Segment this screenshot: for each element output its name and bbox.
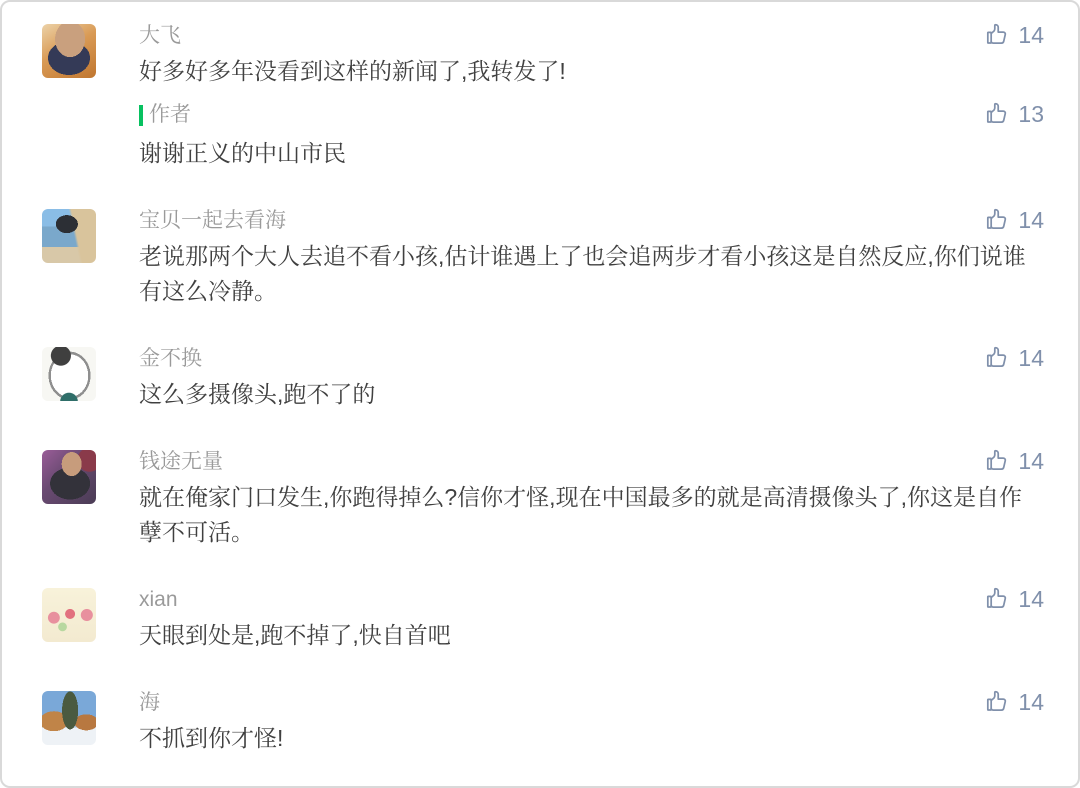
thumbs-up-icon: [985, 586, 1011, 612]
comment-username: 海: [139, 689, 160, 717]
comment-text: 老说那两个大人去追不看小孩,估计谁遇上了也会追两步才看小孩这是自然反应,你们说谁…: [139, 239, 1031, 309]
avatar: [42, 347, 96, 401]
thumbs-up-icon: [985, 448, 1011, 474]
comment-text: 天眼到处是,跑不掉了,快自首吧: [139, 618, 1031, 653]
comment-text: 好多好多年没看到这样的新闻了,我转发了!: [139, 54, 1031, 89]
like-button[interactable]: 14: [985, 207, 1044, 233]
comment: 钱途无量 14 就在俺家门口发生,你跑得掉么?信你才怪,现在中国最多的就是高清摄…: [42, 448, 1044, 550]
thumbs-up-icon: [985, 207, 1011, 233]
like-count: 14: [1018, 22, 1044, 48]
like-button[interactable]: 14: [985, 345, 1044, 371]
comment-username: xian: [139, 586, 178, 614]
author-badge-label: 作者: [149, 101, 191, 129]
like-button[interactable]: 14: [985, 22, 1044, 48]
author-reply-text: 谢谢正义的中山市民: [139, 136, 1031, 171]
like-button[interactable]: 14: [985, 448, 1044, 474]
comment: 大飞 14 好多好多年没看到这样的新闻了,我转发了! 作者: [42, 22, 1044, 171]
like-button[interactable]: 13: [985, 101, 1044, 127]
avatar: [42, 24, 96, 78]
author-badge-bar: [139, 105, 143, 126]
like-count: 13: [1018, 101, 1044, 127]
author-badge: 作者: [139, 101, 191, 129]
comment-username: 金不换: [139, 345, 202, 373]
comment: 海 14 不抓到你才怪!: [42, 689, 1044, 756]
comment: 宝贝一起去看海 14 老说那两个大人去追不看小孩,估计谁遇上了也会追两步才看小孩…: [42, 207, 1044, 309]
like-count: 14: [1018, 448, 1044, 474]
like-button[interactable]: 14: [985, 689, 1044, 715]
avatar: [42, 691, 96, 745]
comment-username: 宝贝一起去看海: [139, 207, 286, 235]
like-count: 14: [1018, 207, 1044, 233]
like-count: 14: [1018, 586, 1044, 612]
comment: xian 14 天眼到处是,跑不掉了,快自首吧: [42, 586, 1044, 653]
comment-username: 大飞: [139, 22, 181, 50]
thumbs-up-icon: [985, 101, 1011, 127]
comment-text: 这么多摄像头,跑不了的: [139, 377, 1031, 412]
like-count: 14: [1018, 689, 1044, 715]
comment-text: 不抓到你才怪!: [139, 721, 1031, 756]
like-button[interactable]: 14: [985, 586, 1044, 612]
comment-username: 钱途无量: [139, 448, 223, 476]
avatar: [42, 450, 96, 504]
thumbs-up-icon: [985, 22, 1011, 48]
like-count: 14: [1018, 345, 1044, 371]
thumbs-up-icon: [985, 689, 1011, 715]
comments-panel: 大飞 14 好多好多年没看到这样的新闻了,我转发了! 作者: [0, 0, 1080, 788]
thumbs-up-icon: [985, 345, 1011, 371]
comment-text: 就在俺家门口发生,你跑得掉么?信你才怪,现在中国最多的就是高清摄像头了,你这是自…: [139, 480, 1031, 550]
avatar: [42, 588, 96, 642]
comment: 金不换 14 这么多摄像头,跑不了的: [42, 345, 1044, 412]
avatar: [42, 209, 96, 263]
